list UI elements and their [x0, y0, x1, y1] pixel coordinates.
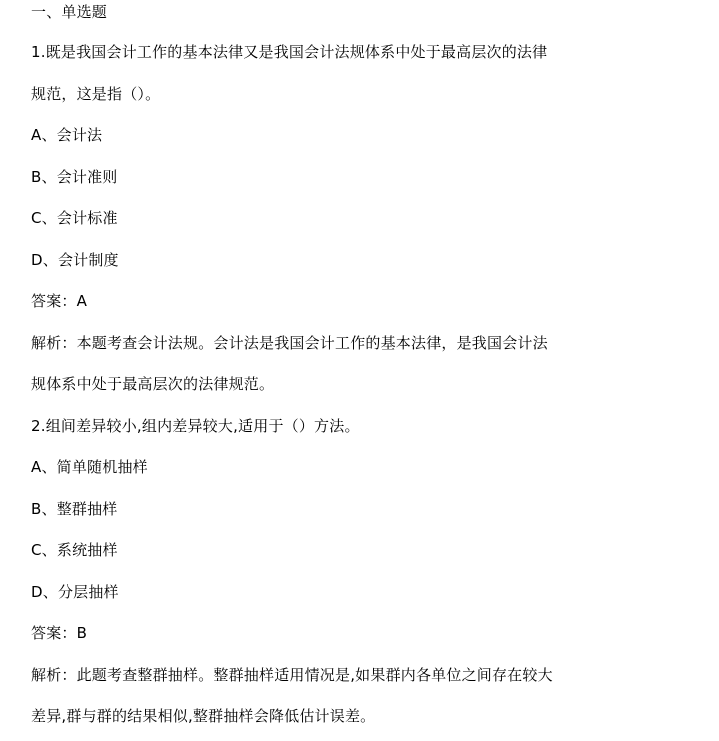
question-2-stem: 2.组间差异较小,组内差异较大,适用于（）方法。 — [31, 416, 360, 436]
question-2-option-b: B、整群抽样 — [31, 499, 118, 519]
question-1-option-d: D、会计制度 — [31, 250, 119, 270]
question-2-option-c: C、系统抽样 — [31, 540, 118, 560]
question-1-answer: 答案：A — [31, 291, 87, 311]
question-1-option-c: C、会计标准 — [31, 208, 118, 228]
question-1-option-b: B、会计准则 — [31, 167, 118, 187]
question-1-stem-line-2: 规范，这是指（）。 — [31, 84, 160, 104]
section-title: 一、单选题 — [31, 2, 107, 22]
question-2-option-a: A、简单随机抽样 — [31, 457, 148, 477]
question-1-analysis-line-2: 规体系中处于最高层次的法律规范。 — [31, 374, 274, 394]
question-2-option-d: D、分层抽样 — [31, 582, 119, 602]
question-2-analysis-line-2: 差异,群与群的结果相似,整群抽样会降低估计误差。 — [31, 706, 375, 726]
question-1-option-a: A、会计法 — [31, 125, 102, 145]
question-2-analysis-line-1: 解析：此题考查整群抽样。整群抽样适用情况是,如果群内各单位之间存在较大 — [31, 665, 553, 685]
question-1-analysis-line-1: 解析：本题考查会计法规。会计法是我国会计工作的基本法律，是我国会计法 — [31, 333, 548, 353]
question-2-answer: 答案：B — [31, 623, 87, 643]
question-1-stem-line-1: 1.既是我国会计工作的基本法律又是我国会计法规体系中处于最高层次的法律 — [31, 42, 547, 62]
